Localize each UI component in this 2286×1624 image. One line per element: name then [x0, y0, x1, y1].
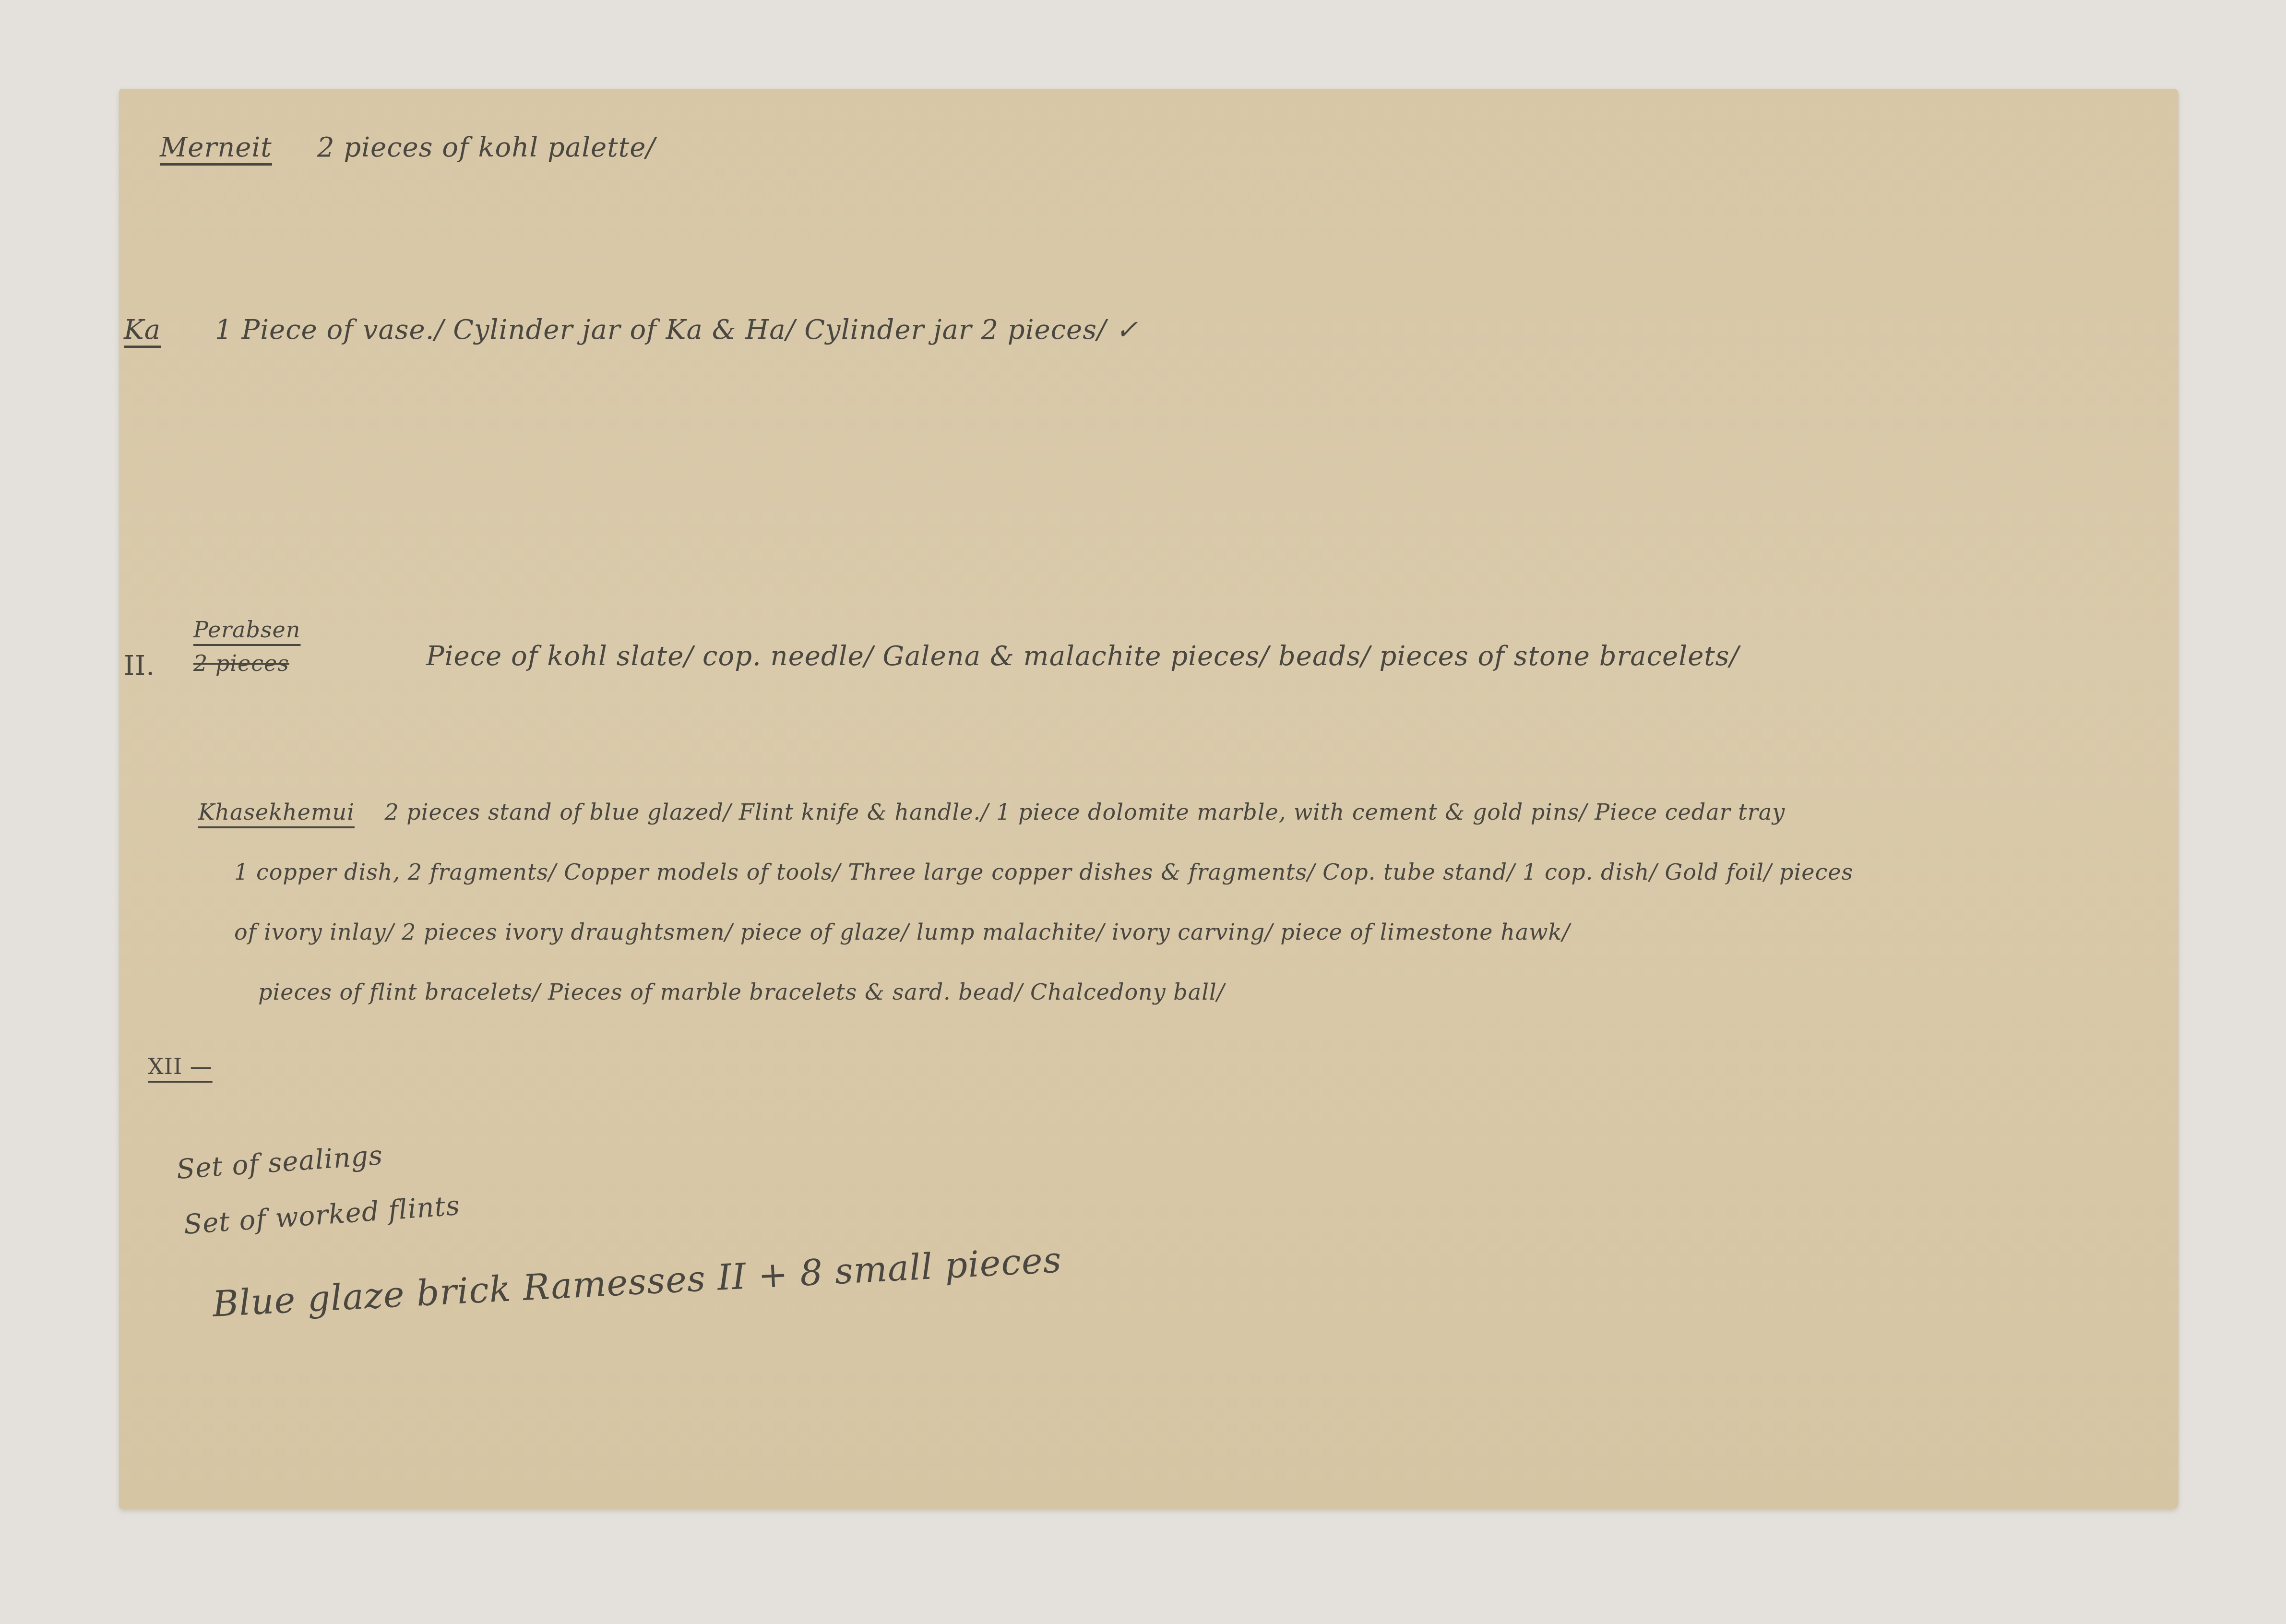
flints-line: Set of worked flints [183, 1190, 461, 1241]
entry-line: of ivory inlay/ 2 pieces ivory draughtsm… [234, 919, 1570, 945]
entry-label: XII — [148, 1053, 213, 1079]
entry-perabsen-text: Piece of kohl slate/ cop. needle/ Galena… [426, 641, 1739, 672]
sealings-line: Set of sealings [176, 1140, 384, 1185]
entry-text: Blue glaze brick Ramesses II + 8 small p… [212, 1239, 1063, 1325]
brick-line: Blue glaze brick Ramesses II + 8 small p… [212, 1239, 1063, 1325]
entry-khasekhemui-line-2: 1 copper dish, 2 fragments/ Copper model… [234, 859, 1853, 885]
entry-ka: Ka 1 Piece of vase./ Cylinder jar of Ka … [124, 314, 1139, 346]
entry-khasekhemui: Khasekhemui 2 pieces stand of blue glaze… [198, 799, 1785, 825]
entry-text: 1 Piece of vase./ Cylinder jar of Ka & H… [215, 314, 1139, 346]
entry-label: Perabsen [193, 617, 300, 643]
entry-label: Khasekhemui [198, 799, 355, 825]
entry-text: Set of sealings [176, 1140, 384, 1185]
entry-label: Merneit [160, 132, 272, 163]
entry-line: 1 copper dish, 2 fragments/ Copper model… [234, 859, 1853, 885]
entry-line: pieces of flint bracelets/ Pieces of mar… [258, 979, 1225, 1005]
entry-text: Set of worked flints [183, 1190, 461, 1241]
entry-khasekhemui-line-3: of ivory inlay/ 2 pieces ivory draughtsm… [234, 919, 1570, 945]
entry-perabsen-label-block: Perabsen [193, 617, 300, 643]
entry-merneit: Merneit 2 pieces of kohl palette/ [160, 132, 655, 163]
entry-label: Ka [124, 314, 161, 346]
entry-line: 2 pieces stand of blue glazed/ Flint kni… [384, 799, 1785, 825]
struck-text: 2 pieces [193, 650, 289, 676]
entry-perabsen: II. [124, 650, 155, 681]
entry-xii: XII — [148, 1053, 213, 1079]
entry-text: 2 pieces of kohl palette/ [317, 132, 655, 163]
entry-text: Piece of kohl slate/ cop. needle/ Galena… [426, 641, 1739, 672]
entry-perabsen-struck: 2 pieces [193, 650, 289, 676]
manuscript-sheet: Merneit 2 pieces of kohl palette/ Ka 1 P… [119, 89, 2179, 1509]
entry-khasekhemui-line-4: pieces of flint bracelets/ Pieces of mar… [258, 979, 1225, 1005]
entry-number: II. [124, 650, 155, 681]
